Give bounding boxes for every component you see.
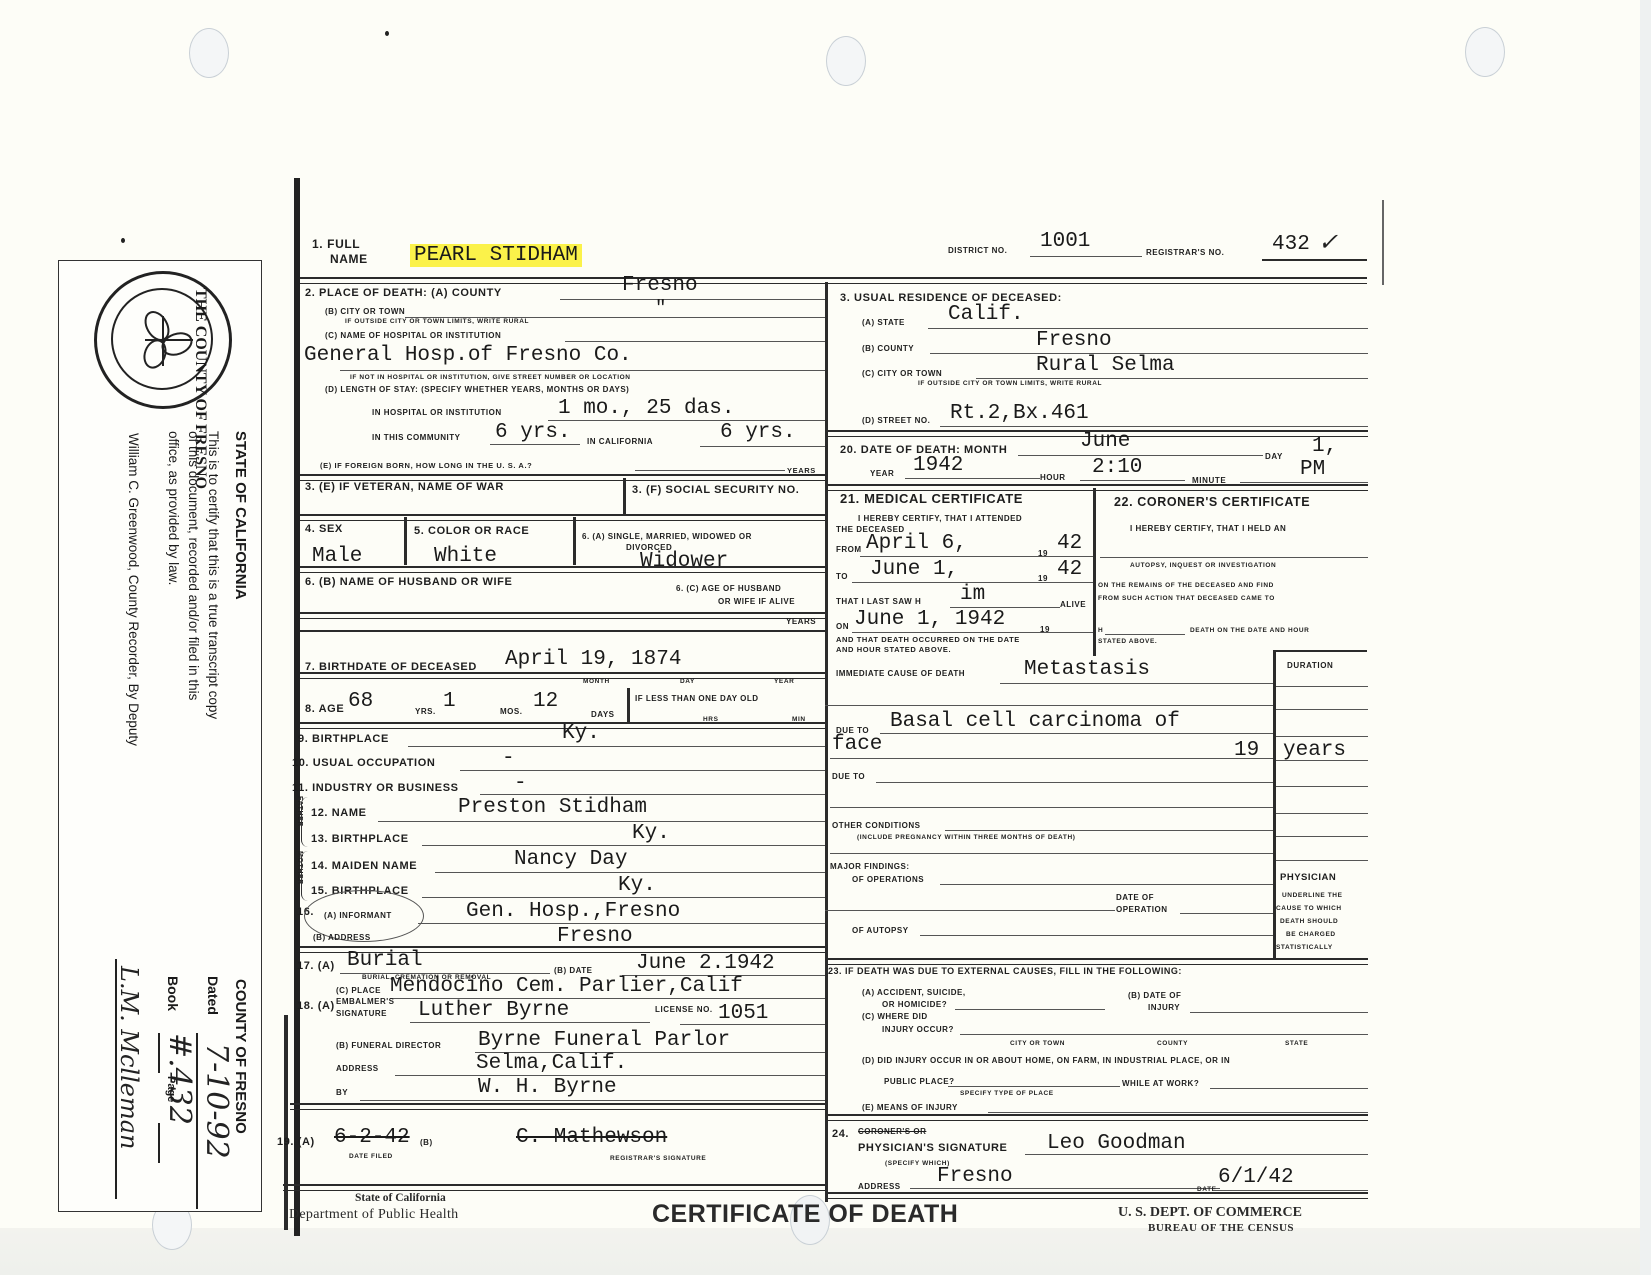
age-months: 1 [443,690,456,713]
age-less-divider [627,688,630,724]
date-filed-label: Date filed [349,1153,393,1160]
registrar-signature-label: Registrar's signature [610,1155,706,1162]
punch-hole [1465,27,1505,77]
date-of-death-day: 1, [1312,435,1337,458]
footer-state: State of California [355,1192,446,1204]
footer-commerce: U. S. DEPT. OF COMMERCE [1118,1205,1302,1221]
registrar-signature-value: C. Mathewson [516,1126,667,1149]
due-to-underline-2 [830,758,1273,759]
date-of-injury-label-2: injury [1148,1003,1180,1012]
physician-note-3: death should [1280,918,1338,925]
coroner-line-5: stated above. [1098,638,1157,645]
coroner-autopsy-note: Autopsy, inquest or investigation [1130,562,1276,569]
duration-rule-2 [1276,709,1368,710]
divider-birthdate [300,630,825,632]
footer-certificate-title: CERTIFICATE OF DEATH [652,1200,958,1229]
book-underline [158,1033,160,1073]
coroner-autopsy-underline [1100,557,1368,558]
registrar-label: Registrar's No. [1146,248,1224,257]
stamp-certify-line-3: office, as provided by law. [166,431,181,585]
coroner-line-4-underline [1105,634,1185,635]
attended-from-year: 42 [1057,532,1082,555]
license-value: 1051 [718,1002,768,1025]
divider-certificates [828,484,1368,491]
stamp-recorder-line: William C. Greenwood, County Recorder, B… [126,433,141,746]
injury-place-label: (D) Did injury occur in or about home, o… [862,1056,1230,1065]
mother-maiden-value: Nancy Day [514,848,627,871]
other-conditions-note: (Include pregnancy within three months o… [857,834,1076,841]
burial-place-value: Mendocino Cem. Parlier,Calif [390,975,743,998]
county-seal: THE COUNTY OF FRESNO [94,271,232,409]
industry-value: - [514,772,527,795]
spouse-age-label: 6. (C) Age of Husband [676,584,781,593]
occupation-label: 10. Usual Occupation [292,757,435,769]
while-at-work-underline [1210,1088,1368,1089]
divider-signature [828,1114,1368,1121]
other-conditions-label: Other conditions [832,821,920,830]
page-underline [158,1123,160,1163]
by-underline [360,1100,825,1101]
duration-unit: years [1283,739,1346,762]
hospital-value: General Hosp.of Fresno Co. [304,344,632,367]
length-of-stay-label: (D) Length of stay: (Specify whether yea… [325,385,629,394]
speck [121,238,125,243]
age-label: 8. Age [305,703,344,715]
means-of-injury-label: (E) Means of injury [862,1103,958,1112]
date-of-death-hour: 2:10 [1092,456,1142,479]
embalmer-underline [410,1022,650,1023]
due-to-2-underline [876,782,1273,783]
year-label: Year [870,469,894,478]
date-of-death-year: 1942 [913,454,963,477]
center-column-divider [825,282,828,1202]
physician-address-label: Address [858,1182,901,1191]
physician-address-underline [910,1188,1220,1189]
mother-maiden-underline [435,872,825,873]
signature-num: 24. [832,1128,849,1140]
from-underline [860,556,1093,557]
veteran-ssn-divider [623,478,626,516]
date-of-death-minute: PM [1300,458,1325,481]
place-of-death-county: Fresno [622,274,698,297]
due-to-underline-1 [880,733,1273,734]
residence-county-value: Fresno [1036,329,1112,352]
divider-sex [300,514,825,521]
occupation-underline [460,770,825,771]
age-years: 68 [348,690,373,713]
informant-value: Gen. Hosp.,Fresno [466,900,680,923]
date-of-injury-underline [1190,1012,1368,1013]
residence-state-value: Calif. [948,303,1024,326]
father-name-label: 12. Name [311,807,367,819]
major-findings-label: Major findings: [830,862,910,871]
father-bracket [301,797,308,847]
registrar-underline [1262,259,1367,261]
divider-filed [290,1103,825,1110]
county-underline [560,299,825,300]
stamp-certify-line-2: of this document, recorded and/or filed … [186,431,201,700]
residence-city-label: (C) City or town [862,369,942,378]
minute-underline [1240,482,1368,483]
full-name-value: PEARL STIDHAM [410,244,582,267]
divider-external [828,958,1368,965]
residence-street-value: Rt.2,Bx.461 [950,402,1089,425]
birthdate-value: April 19, 1874 [505,648,681,671]
header-divider [300,277,1367,284]
divider-veteran [300,474,825,481]
injury-state-note: State [1285,1040,1308,1047]
means-of-injury-underline [988,1112,1368,1113]
seal-leaf-icon [97,274,229,406]
sex-label: 4. Sex [305,523,343,535]
stamp-state: STATE OF CALIFORNIA [232,431,249,600]
occupation-value: - [502,747,515,770]
divider-bottom-right [828,1192,1368,1199]
marital-label: 6. (A) Single, Married, Widowed or [582,532,752,541]
birthdate-underline [300,672,825,679]
date-filed-value: 6-2-42 [334,1126,410,1149]
external-causes-title: 23. If death was due to external causes,… [828,966,1182,976]
registrar-check-icon: ✓ [1318,228,1338,256]
stamp-county: COUNTY OF FRESNO [232,979,249,1134]
where-injury-underline [960,1034,1368,1035]
date-of-op-label-a: Date of [1116,893,1154,902]
in-california-label: In California [587,437,653,446]
coroner-line-2: on the remains of the deceased and find [1098,582,1274,589]
informant-underline [418,923,825,924]
hour-label: Hour [1040,473,1066,482]
of-operations-label: Of operations [852,875,924,884]
accident-label-1: (A) Accident, suicide, [862,988,966,997]
injury-county-note: County [1157,1040,1188,1047]
hospital-note: If not in hospital or institution, give … [350,374,631,381]
date-of-injury-label-1: (B) Date of [1128,991,1181,1000]
embalmer-value: Luther Byrne [418,999,569,1022]
veteran-label: 3. (E) If Veteran, Name of War [305,481,504,493]
race-label: 5. Color or Race [414,525,529,537]
mother-bracket [301,851,308,901]
informant-label: (A) Informant [324,911,392,920]
coroner-struck-label: Coroner's or [858,1127,926,1136]
ssn-label: 3. (F) Social Security No. [632,484,799,496]
attended-to-label: To [836,572,848,581]
burial-place-label: (C) Place [336,986,381,995]
accident-label-2: or homicide? [882,1000,947,1009]
autopsy-underline [920,935,1273,936]
hospital-label: (C) Name of hospital or institution [325,331,501,340]
stamp-page-label: Page [165,1076,177,1102]
stamp-certify-line-1: This is to certify that this is a true t… [206,431,221,719]
funeral-director-value: Byrne Funeral Parlor [478,1029,730,1052]
age-days-label: Days [591,710,615,719]
birthplace-underline [408,746,825,747]
attended-from-label: From [836,545,862,554]
other-conditions-underline [945,830,1273,831]
signature-underline [1025,1154,1368,1155]
residence-city-underline [976,378,1368,379]
speck [385,31,389,36]
divider-footer [283,1184,825,1191]
last-saw-date: June 1, 1942 [854,608,1005,631]
deputy-signature: L.M. Mclleman [115,966,143,1150]
residence-state-underline [928,328,1368,329]
funeral-director-label: (B) Funeral Director [336,1041,441,1050]
medical-coroner-divider [1093,488,1096,656]
public-place-underline [948,1086,1120,1087]
duration-rule-7 [1276,836,1368,837]
on-underline [852,632,1093,633]
residence-city-value: Rural Selma [1036,354,1175,377]
father-birthplace-value: Ky. [632,822,670,845]
injury-city-note: City or town [1010,1040,1065,1047]
duration-column-divider [1273,651,1276,959]
duration-header: Duration [1287,661,1333,670]
district-underline [1030,256,1142,257]
of-autopsy-label: Of autopsy [852,926,909,935]
last-saw-value: im [960,583,985,606]
in-hospital-label: In Hospital or institution [372,408,502,417]
director-address-value: Selma,Calif. [476,1052,627,1075]
foreign-born-underline [635,470,785,471]
date-of-op-label-b: operation [1116,905,1167,914]
place-type-note: Specify type of place [960,1090,1054,1097]
residence-city-note: If outside city or town limits, write ru… [918,380,1102,387]
race-marital-divider [573,517,576,565]
license-label: License No. [655,1005,713,1014]
informant-address-value: Fresno [557,925,633,948]
industry-underline [480,794,825,795]
birthdate-day-note: Day [680,678,695,685]
duration-rule-3 [1276,736,1368,737]
physician-note-4: be charged [1286,931,1336,938]
county-certification-stamp: THE COUNTY OF FRESNO STATE OF CALIFORNIA… [58,260,262,1212]
father-name-value: Preston Stidham [458,796,647,819]
year-underline [905,478,1040,479]
stamp-dated-label: Dated [205,976,221,1015]
burial-date-value: June 2.1942 [636,952,775,975]
physician-date-underline [1215,1190,1368,1191]
registrar-value: 432 [1272,233,1310,256]
operations-underline [940,884,1273,885]
burial-num: 17. (A) [297,960,335,972]
last-saw-label: That I last saw h [836,597,921,606]
stamp-book-label: Book [165,976,181,1011]
immediate-cause-underline [1000,683,1273,684]
coroner-line-4-prefix: h [1098,627,1103,634]
duration-rule-8 [1276,860,1368,861]
physician-note-2: cause to which [1276,905,1342,912]
father-birthplace-label: 13. Birthplace [311,833,409,845]
industry-label: 11. Industry or Business [292,782,459,794]
physician-header: Physician [1280,872,1336,883]
sex-race-divider [404,517,407,565]
duration-rule-4 [1276,760,1368,761]
stamp-dated-value: 7-10-92 [199,1043,234,1159]
paper-right-edge [1640,0,1651,1275]
due-to-value-2: face [832,733,882,756]
form-left-border [294,178,300,1236]
residence-street-label: (D) Street No. [862,416,930,425]
in-community-underline [490,444,580,445]
operations-line-2 [825,910,1115,911]
embalmer-num: 18. (A) [297,1000,335,1012]
duration-rule-6 [1276,813,1368,814]
occurred-line-2: and hour stated above. [836,645,951,654]
form-left-border-outer [284,1015,288,1230]
in-california-underline [700,446,825,447]
accident-underline [955,1009,1105,1010]
registrar-sig-b: (B) [420,1138,433,1147]
where-injury-label-2: injury occur? [882,1025,954,1034]
spouse-years-label: Years [786,617,816,626]
burial-date-label: (B) Date [554,966,593,975]
father-birthplace-underline [422,845,825,846]
sex-value: Male [312,545,362,568]
residence-county-label: (B) County [862,344,914,353]
divider-spouse [300,566,825,573]
due-to-2-label: Due to [832,772,865,781]
punch-hole [189,28,229,78]
race-value: White [434,545,497,568]
footer-census: BUREAU OF THE CENSUS [1148,1222,1294,1234]
physician-address-value: Fresno [937,1165,1013,1188]
occurred-line-1: and that death occurred on the date [836,635,1020,644]
hospital-label-underline [565,341,825,342]
spouse-age-label-2: or Wife if alive [718,597,795,606]
physician-note-1: Underline the [1282,892,1343,899]
mother-birthplace-value: Ky. [618,874,656,897]
birthplace-label: 9. Birthplace [298,733,389,745]
margin-mark [1382,200,1384,285]
other-conditions-line-2 [830,853,1273,854]
physician-date-value: 6/1/42 [1218,1166,1294,1189]
foreign-born-label: (E) If foreign born, how long in the U. … [320,461,532,470]
day-label: Day [1265,452,1283,461]
city-note: If outside city or town limits, write ru… [345,318,529,325]
date-filed-num: 19. (A) [277,1136,315,1148]
cause-line-2 [825,705,1273,706]
age-mos-label: Mos. [500,707,522,716]
punch-hole [826,36,866,86]
immediate-cause-value: Metastasis [1024,658,1150,681]
attended-from-value: April 6, [866,532,967,555]
physician-note-5: statistically [1276,944,1333,951]
due-to-value-1: Basal cell carcinoma of [890,710,1180,733]
date-of-op-underline [1180,913,1273,914]
embalmer-label-b: Signature [336,1009,387,1018]
district-value: 1001 [1040,230,1090,253]
duration-top-rule [1273,650,1367,652]
district-label: District No. [948,246,1007,255]
divider-spouse-bottom [300,612,825,619]
mother-maiden-label: 14. Maiden Name [311,860,417,872]
medical-cert-title: 21. Medical Certificate [840,491,1023,506]
alive-label: Alive [1060,600,1086,609]
less-than-day-label: If less than one day old [635,694,759,703]
birthplace-value: Ky. [562,722,600,745]
mother-birthplace-underline [422,897,825,898]
by-label: By [336,1088,348,1097]
coroner-line-3: from such action that deceased came to [1098,595,1275,602]
birthdate-year-note: Year [774,678,794,685]
embalmer-label-a: Embalmer's [336,997,394,1006]
while-at-work-label: While at work? [1122,1079,1199,1088]
hospital-underline [340,370,825,371]
father-name-underline [378,821,825,822]
in-hospital-value: 1 mo., 25 das. [558,397,734,420]
duration-rule-1 [1276,686,1368,687]
age-yrs-label: Yrs. [415,707,436,716]
duration-rule-5 [1276,786,1368,787]
director-address-label: Address [336,1064,379,1073]
full-name-label-a: 1. Full [312,237,360,251]
residence-state-label: (A) State [862,318,905,327]
spouse-name-label: 6. (B) Name of Husband or Wife [305,576,512,588]
physician-signature-label: Physician's Signature [858,1142,1007,1154]
informant-address-label: (B) Address [313,933,371,942]
license-underline [680,1024,825,1025]
immediate-cause-label: Immediate cause of death [836,669,965,678]
attended-to-value: June 1, [870,558,958,581]
public-place-label: public place? [884,1077,955,1086]
coroner-line-1: I hereby certify, that I held an [1130,524,1286,533]
attended-to-year: 42 [1057,558,1082,581]
hour-underline [1080,480,1185,481]
on-label: On [836,622,849,631]
city-value: " [655,297,666,319]
due-to-2-line-2 [830,807,1273,808]
city-label: (B) City or town [325,307,405,316]
full-name-label-b: Name [330,252,368,266]
coroner-cert-title: 22. Coroner's Certificate [1114,495,1310,509]
place-of-death-label: 2. Place of Death: (A) County [305,287,502,299]
date-of-death-month: June [1080,430,1130,453]
footer-department: Department of Public Health [289,1207,458,1223]
name-highlight: PEARL STIDHAM [410,244,582,267]
where-injury-label-1: (C) Where did [862,1012,928,1021]
in-community-value: 6 yrs. [495,421,571,444]
burial-value: Burial [347,949,423,972]
in-california-value: 6 yrs. [720,421,796,444]
residence-street-underline [940,426,1368,427]
by-value: W. H. Byrne [478,1076,617,1099]
birthdate-month-note: Month [583,678,610,685]
coroner-line-4: death on the date and hour [1190,627,1309,634]
age-days: 12 [533,690,558,713]
physician-signature-value: Leo Goodman [1047,1132,1186,1155]
medical-line-1: I hereby certify, that I attended [858,514,1022,523]
in-community-label: In this community [372,433,461,442]
